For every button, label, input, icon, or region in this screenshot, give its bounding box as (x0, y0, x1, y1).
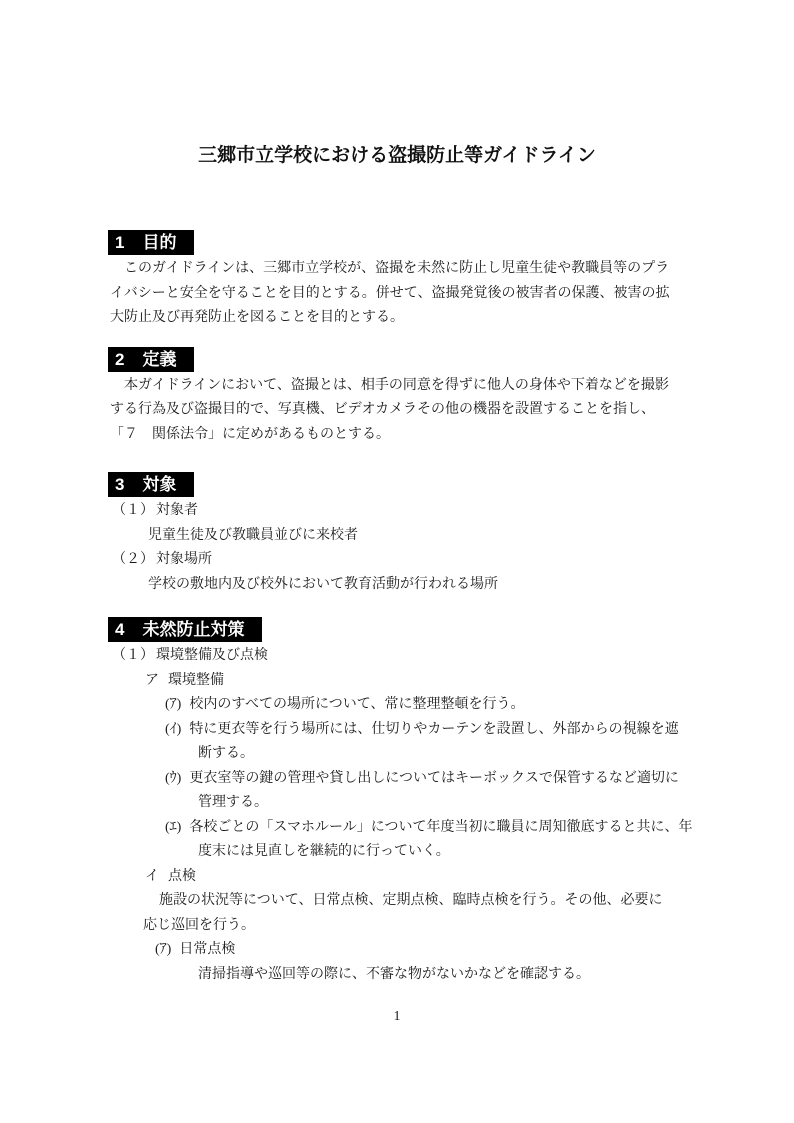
line-text: 更衣室等の鍵の管理や貸し出しについてはキーボックスで保管するなど適切に (189, 771, 679, 786)
section-heading-row: 3対象 (108, 472, 794, 497)
line-text: イバシーと安全を守ることを目的とする。併せて、盗撮発覚後の被害者の保護、被害の拡 (110, 286, 669, 301)
text-line: 本ガイドラインにおいて、盗撮とは、相手の同意を得ずに他人の身体や下着などを撮影 (110, 374, 794, 399)
section-heading-target: 3対象 (108, 472, 194, 497)
section-prevention-measures: 4未然防止対策 （１）環境整備及び点検ア環境整備(ｱ)校内のすべての場所について… (0, 617, 794, 987)
text-line: 児童生徒及び教職員並びに来校者 (148, 524, 794, 549)
text-line: 大防止及び再発防止を図ることを目的とする。 (110, 306, 794, 331)
text-line: する行為及び盗撮目的で、写真機、ビデオカメラその他の機器を設置することを指し、 (110, 398, 794, 423)
text-line: 度末には見直しを継続的に行っていく。 (198, 840, 794, 865)
section-heading-row: 1目的 (108, 230, 794, 255)
line-text: このガイドラインは、三郷市立学校が、盗撮を未然に防止し児童生徒や教職員等のプラ (124, 261, 669, 276)
line-text: 管理する。 (198, 795, 268, 810)
section-body: 本ガイドラインにおいて、盗撮とは、相手の同意を得ずに他人の身体や下着などを撮影す… (0, 374, 794, 448)
section-definition: 2定義 本ガイドラインにおいて、盗撮とは、相手の同意を得ずに他人の身体や下着など… (0, 347, 794, 448)
section-label: 対象 (142, 475, 176, 494)
list-marker: （１） (112, 499, 154, 524)
list-marker: (ｳ) (165, 767, 181, 792)
text-line: (ｴ)各校ごとの「スマホルール」について年度当初に職員に周知徹底すると共に、年 (165, 816, 794, 841)
line-text: 環境整備及び点検 (156, 648, 268, 663)
line-text: 本ガイドラインにおいて、盗撮とは、相手の同意を得ずに他人の身体や下着などを撮影 (124, 378, 669, 393)
list-marker: (ｲ) (165, 718, 181, 743)
line-text: 環境整備 (168, 673, 224, 688)
line-text: する行為及び盗撮目的で、写真機、ビデオカメラその他の機器を設置することを指し、 (110, 402, 655, 417)
section-heading-row: 2定義 (108, 347, 794, 372)
list-marker: （１） (112, 644, 154, 669)
list-marker: （２） (112, 548, 154, 573)
line-text: 点検 (168, 869, 196, 884)
text-line: (ｱ)校内のすべての場所について、常に整理整頓を行う。 (165, 693, 794, 718)
section-label: 定義 (142, 350, 176, 369)
list-marker: (ｴ) (165, 816, 181, 841)
list-marker: イ (145, 865, 159, 890)
text-line: 施設の状況等について、日常点検、定期点検、臨時点検を行う。その他、必要に (159, 889, 794, 914)
section-number: 4 (115, 617, 124, 642)
line-text: 児童生徒及び教職員並びに来校者 (148, 528, 358, 543)
line-text: 対象者 (156, 503, 198, 518)
text-line: 管理する。 (198, 791, 794, 816)
list-marker: (ｱ) (165, 693, 181, 718)
text-line: (ｱ)日常点検 (155, 938, 794, 963)
section-heading-definition: 2定義 (108, 347, 194, 372)
section-purpose: 1目的 このガイドラインは、三郷市立学校が、盗撮を未然に防止し児童生徒や教職員等… (0, 230, 794, 331)
line-text: 「７ 関係法令」に定めがあるものとする。 (110, 427, 390, 442)
list-marker: (ｱ) (155, 938, 171, 963)
line-text: 応じ巡回を行う。 (143, 918, 255, 933)
text-line: （１）環境整備及び点検 (112, 644, 794, 669)
text-line: （２）対象場所 (112, 548, 794, 573)
section-label: 目的 (142, 233, 176, 252)
line-text: 度末には見直しを継続的に行っていく。 (198, 844, 450, 859)
text-line: このガイドラインは、三郷市立学校が、盗撮を未然に防止し児童生徒や教職員等のプラ (110, 257, 794, 282)
text-line: イバシーと安全を守ることを目的とする。併せて、盗撮発覚後の被害者の保護、被害の拡 (110, 282, 794, 307)
section-body: （１）環境整備及び点検ア環境整備(ｱ)校内のすべての場所について、常に整理整頓を… (0, 644, 794, 987)
section-label: 未然防止対策 (142, 620, 244, 639)
section-number: 3 (115, 472, 124, 497)
text-line: （１）対象者 (112, 499, 794, 524)
line-text: 大防止及び再発防止を図ることを目的とする。 (110, 310, 404, 325)
line-text: 日常点検 (179, 942, 235, 957)
section-heading-purpose: 1目的 (108, 230, 194, 255)
line-text: 清掃指導や巡回等の際に、不審な物がないかなどを確認する。 (198, 967, 590, 982)
text-line: イ点検 (145, 865, 794, 890)
list-marker: ア (145, 669, 159, 694)
section-target: 3対象 （１）対象者児童生徒及び教職員並びに来校者（２）対象場所学校の敷地内及び… (0, 472, 794, 597)
document-title: 三郷市立学校における盗撮防止等ガイドライン (0, 143, 794, 169)
line-text: 各校ごとの「スマホルール」について年度当初に職員に周知徹底すると共に、年 (189, 820, 692, 835)
section-body: （１）対象者児童生徒及び教職員並びに来校者（２）対象場所学校の敷地内及び校外にお… (0, 499, 794, 597)
line-text: 施設の状況等について、日常点検、定期点検、臨時点検を行う。その他、必要に (159, 893, 662, 908)
text-line: 応じ巡回を行う。 (143, 914, 794, 939)
page-number: 1 (0, 1005, 794, 1029)
section-number: 1 (115, 230, 124, 255)
text-line: 断する。 (198, 742, 794, 767)
text-line: 学校の敷地内及び校外において教育活動が行われる場所 (148, 573, 794, 598)
section-number: 2 (115, 347, 124, 372)
section-heading-row: 4未然防止対策 (108, 617, 794, 642)
line-text: 学校の敷地内及び校外において教育活動が行われる場所 (148, 577, 498, 592)
line-text: 特に更衣等を行う場所には、仕切りやカーテンを設置し、外部からの視線を遮 (189, 722, 678, 737)
text-line: (ｲ)特に更衣等を行う場所には、仕切りやカーテンを設置し、外部からの視線を遮 (165, 718, 794, 743)
text-line: 清掃指導や巡回等の際に、不審な物がないかなどを確認する。 (198, 963, 794, 988)
text-line: (ｳ)更衣室等の鍵の管理や貸し出しについてはキーボックスで保管するなど適切に (165, 767, 794, 792)
line-text: 校内のすべての場所について、常に整理整頓を行う。 (189, 697, 524, 712)
line-text: 断する。 (198, 746, 254, 761)
text-line: 「７ 関係法令」に定めがあるものとする。 (110, 423, 794, 448)
section-heading-prevention: 4未然防止対策 (108, 617, 262, 642)
text-line: ア環境整備 (145, 669, 794, 694)
section-body: このガイドラインは、三郷市立学校が、盗撮を未然に防止し児童生徒や教職員等のプライ… (0, 257, 794, 331)
line-text: 対象場所 (156, 552, 212, 567)
document-page: 三郷市立学校における盗撮防止等ガイドライン 1目的 このガイドラインは、三郷市立… (0, 0, 794, 1123)
